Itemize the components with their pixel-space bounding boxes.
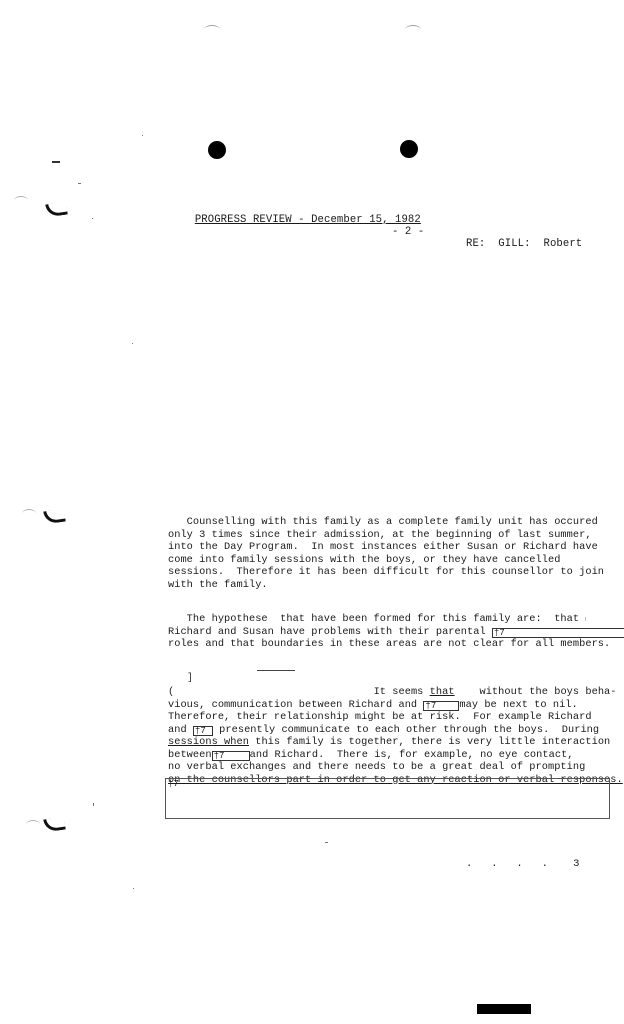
paragraph-communication: ( It seems that without the boys beha-vi… xyxy=(168,686,623,786)
text-line: Counselling with this family as a comple… xyxy=(168,516,604,529)
text-segment: this family is together, there is very l… xyxy=(249,736,610,748)
redaction-box: †7 xyxy=(423,701,459,711)
text-segment: sessions when xyxy=(168,736,249,748)
page-header: PROGRESS REVIEW - December 15, 1982 - 2 … xyxy=(169,202,421,262)
text-segment: and xyxy=(168,724,193,736)
text-segment: and Richard. There is, for example, no e… xyxy=(250,749,574,761)
stray-bracket: ] xyxy=(187,673,193,684)
scan-speck xyxy=(132,343,133,344)
text-line: Richard and Susan have problems with the… xyxy=(168,626,624,639)
text-segment: without the boys beha- xyxy=(455,686,617,698)
binding-mark-2 xyxy=(43,509,66,525)
client-reference: RE: GILL: Robert xyxy=(466,238,582,250)
binding-mark-3 xyxy=(43,817,66,833)
next-page-number: 3 xyxy=(573,858,579,870)
scan-speck xyxy=(325,842,328,843)
text-line: Therefore, their relationship might be a… xyxy=(168,711,623,724)
margin-arc-2 xyxy=(22,509,36,518)
client-last-name: GILL: xyxy=(498,238,530,250)
hole-arc-left xyxy=(204,25,220,34)
scan-speck xyxy=(78,183,81,184)
text-segment: It seems xyxy=(374,686,430,698)
paragraph-counselling: Counselling with this family as a comple… xyxy=(168,516,604,591)
text-segment: that xyxy=(430,686,455,698)
text-segment: Richard and Susan have problems with the… xyxy=(168,626,492,638)
margin-arc-1 xyxy=(14,196,28,205)
text-line: sessions when this family is together, t… xyxy=(168,736,623,749)
continuation-marker: . . . . 3 xyxy=(466,858,579,870)
text-line: The hypothese that have been formed for … xyxy=(168,613,624,626)
text-line: come into family sessions with the boys,… xyxy=(168,554,604,567)
continuation-dots: . . . . xyxy=(466,858,548,870)
text-segment: vious, communication between Richard and xyxy=(168,699,423,711)
redaction-box: †7 xyxy=(193,726,213,736)
scan-speck xyxy=(585,617,586,621)
redaction-block: †7 xyxy=(165,778,610,819)
text-line: with the family. xyxy=(168,579,604,592)
stray-underline xyxy=(257,670,295,671)
scan-speck xyxy=(52,161,60,163)
scan-speck xyxy=(133,888,134,889)
text-segment: presently communicate to each other thro… xyxy=(219,724,599,736)
scan-speck xyxy=(142,135,143,136)
scan-speck xyxy=(93,803,94,806)
margin-arc-3 xyxy=(26,820,40,829)
redaction-box: †7 xyxy=(492,628,624,638)
text-line: sessions. Therefore it has been difficul… xyxy=(168,566,604,579)
document-page: PROGRESS REVIEW - December 15, 1982 - 2 … xyxy=(0,0,624,1024)
text-segment: between xyxy=(168,749,212,761)
text-line: vious, communication between Richard and… xyxy=(168,699,623,712)
text-segment: may be next to nil. xyxy=(459,699,577,711)
text-line: into the Day Program. In most instances … xyxy=(168,541,604,554)
client-first-name: Robert xyxy=(544,238,583,250)
hole-arc-right xyxy=(405,25,421,34)
text-line: between†7and Richard. There is, for exam… xyxy=(168,749,623,762)
redaction-box: †7 xyxy=(212,751,250,761)
text-line: and †7 presently communicate to each oth… xyxy=(168,724,623,737)
text-line: only 3 times since their admission, at t… xyxy=(168,529,604,542)
binding-mark-1 xyxy=(45,202,68,218)
punch-hole-right xyxy=(400,140,418,158)
re-label: RE: xyxy=(466,238,485,250)
bottom-redaction-bar xyxy=(477,1004,531,1014)
paragraph-hypotheses: The hypothese that have been formed for … xyxy=(168,613,624,651)
text-line: no verbal exchanges and there needs to b… xyxy=(168,761,623,774)
scan-speck xyxy=(92,218,93,219)
text-line: ( It seems that without the boys beha- xyxy=(168,686,623,699)
text-line: roles and that boundaries in these areas… xyxy=(168,638,624,651)
page-number: - 2 - xyxy=(392,226,424,238)
punch-hole-left xyxy=(208,141,226,159)
report-title: PROGRESS REVIEW - December 15, 1982 xyxy=(195,214,421,226)
